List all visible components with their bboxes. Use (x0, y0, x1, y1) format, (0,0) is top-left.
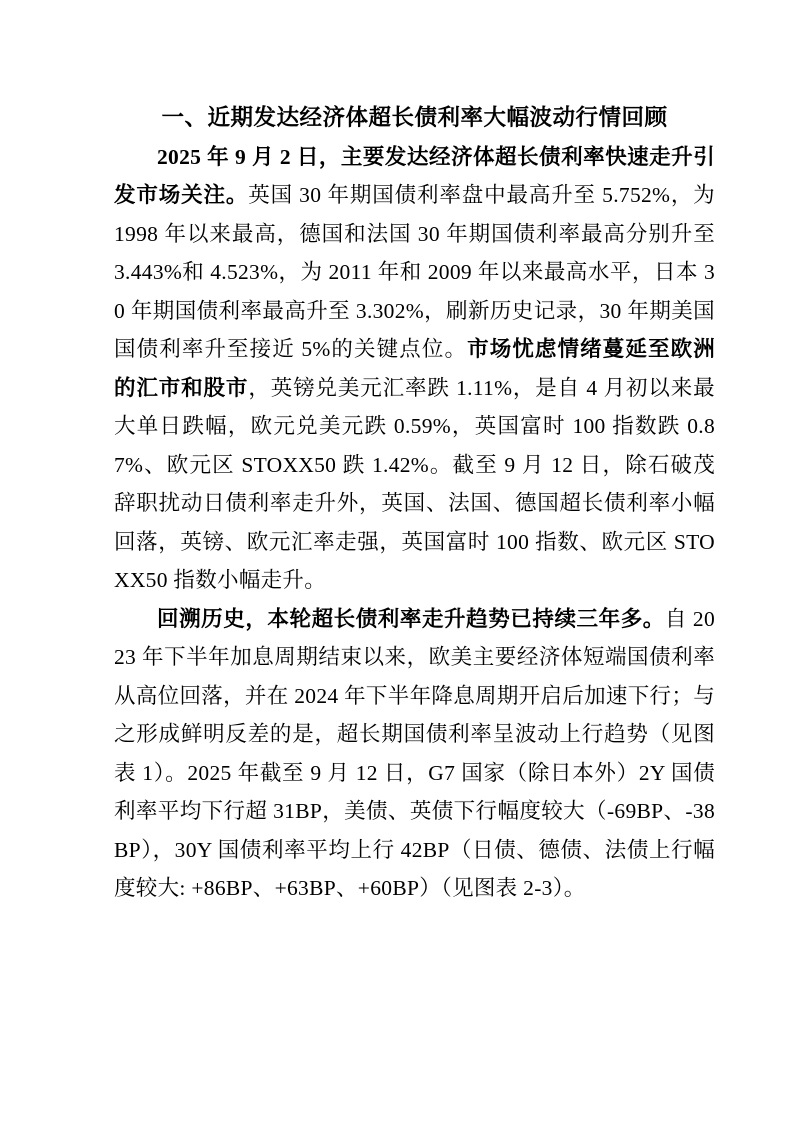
paragraph: 回溯历史，本轮超长债利率走升趋势已持续三年多。自 2023 年下半年加息周期结束… (114, 600, 715, 908)
section-heading: 一、近期发达经济体超长债利率大幅波动行情回顾 (114, 99, 715, 138)
text-run: ，英镑兑美元汇率跌 1.11%，是自 4 月初以来最大单日跌幅，欧元兑美元跌 0… (114, 376, 715, 593)
text-run: 回溯历史，本轮超长债利率走升趋势已持续三年多。 (157, 607, 665, 631)
text-run: 自 2023 年下半年加息周期结束以来，欧美主要经济体短端国债利率从高位回落，并… (114, 607, 715, 901)
text-run: 英国 30 年期国债利率盘中最高升至 5.752%，为 1998 年以来最高，德… (114, 183, 715, 361)
paragraph: 2025 年 9 月 2 日，主要发达经济体超长债利率快速走升引发市场关注。英国… (114, 138, 715, 600)
document-body: 2025 年 9 月 2 日，主要发达经济体超长债利率快速走升引发市场关注。英国… (114, 138, 715, 908)
document-content: 一、近期发达经济体超长债利率大幅波动行情回顾 2025 年 9 月 2 日，主要… (114, 99, 715, 908)
document-page: 一、近期发达经济体超长债利率大幅波动行情回顾 2025 年 9 月 2 日，主要… (0, 0, 794, 1123)
